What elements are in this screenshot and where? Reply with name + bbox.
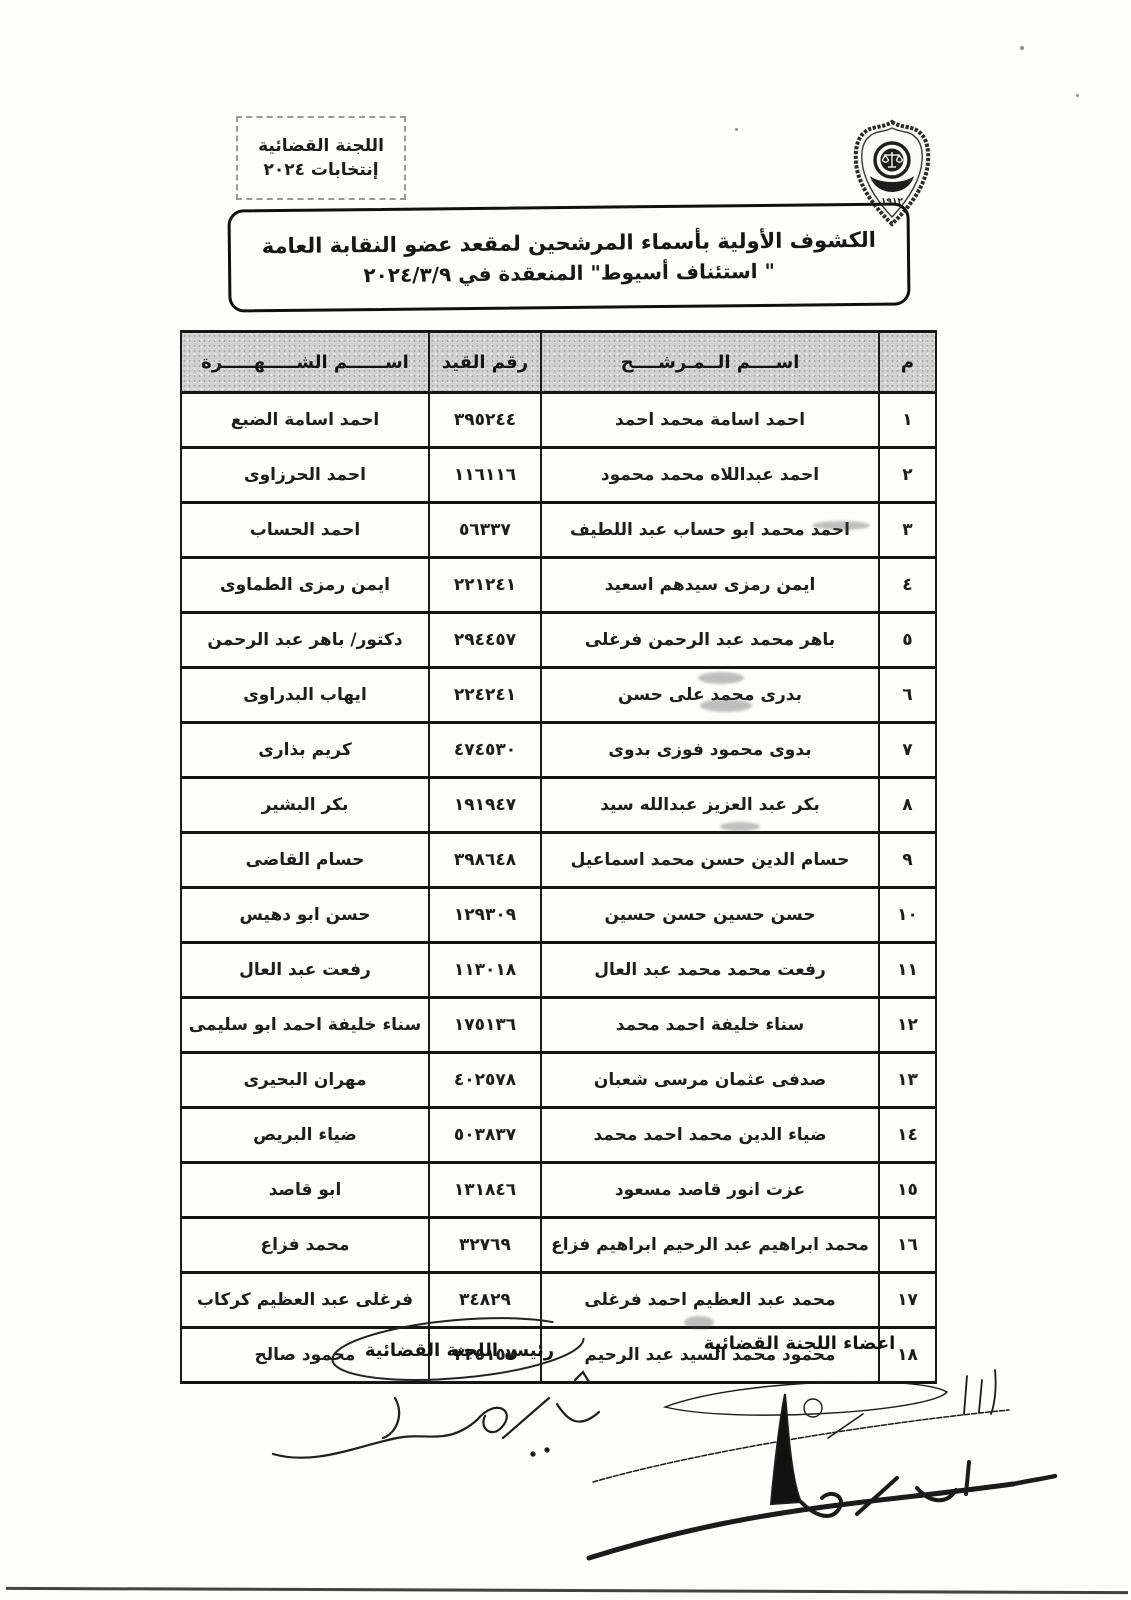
header-candidate-name: اســــم الــمـرشــــح [541, 332, 879, 393]
cell-registration-number: ٤٠٢٥٧٨ [429, 1053, 541, 1108]
cell-candidate-name: عزت انور قاصد مسعود [541, 1163, 879, 1218]
scanned-document-page: اللجنة القضائية إنتخابات ٢٠٢٤ ١٩١٢ [0, 0, 1131, 1600]
document-title-box: الكشوف الأولية بأسماء المرشحين لمقعد عضو… [227, 202, 910, 312]
table-row: ١١رفعت محمد محمد عبد العال١١٣٠١٨رفعت عبد… [181, 943, 936, 998]
committee-stamp-box: اللجنة القضائية إنتخابات ٢٠٢٤ [236, 116, 406, 200]
cell-index: ١٤ [879, 1108, 936, 1163]
cell-candidate-name: احمد اسامة محمد احمد [541, 393, 879, 448]
scan-speck [1076, 94, 1079, 97]
cell-registration-number: ١١٣٠١٨ [429, 943, 541, 998]
cell-registration-number: ١٧٥١٣٦ [429, 998, 541, 1053]
cell-registration-number: ٥٦٣٣٧ [429, 503, 541, 558]
cell-registration-number: ٣٩٥٢٤٤ [429, 393, 541, 448]
cell-index: ١١ [879, 943, 936, 998]
table-row: ١٤ضياء الدين محمد احمد محمد٥٠٣٨٣٧ضياء ال… [181, 1108, 936, 1163]
table-header-row: م اســــم الــمـرشــــح رقم القيد اســــ… [181, 332, 936, 393]
cell-candidate-name: احمد محمد ابو حساب عبد اللطيف [541, 503, 879, 558]
scan-smudge [720, 822, 760, 831]
scan-smudge [812, 521, 870, 530]
table-row: ١احمد اسامة محمد احمد٣٩٥٢٤٤احمد اسامة ال… [181, 393, 936, 448]
cell-index: ٧ [879, 723, 936, 778]
cell-registration-number: ٤٧٤٥٣٠ [429, 723, 541, 778]
cell-index: ١٦ [879, 1218, 936, 1273]
cell-index: ٦ [879, 668, 936, 723]
cell-alias-name: ابو قاصد [181, 1163, 429, 1218]
scan-smudge [700, 699, 752, 712]
cell-candidate-name: بكر عبد العزيز عبدالله سيد [541, 778, 879, 833]
document-subtitle: " استئناف أسيوط" المنعقدة في ٢٠٢٤/٣/٩ [363, 258, 775, 286]
cell-index: ١٢ [879, 998, 936, 1053]
cell-alias-name: ضياء البريص [181, 1108, 429, 1163]
cell-alias-name: ايهاب البدراوى [181, 668, 429, 723]
cell-alias-name: رفعت عبد العال [181, 943, 429, 998]
cell-registration-number: ١٣١٨٤٦ [429, 1163, 541, 1218]
cell-index: ١٥ [879, 1163, 936, 1218]
cell-index: ١٠ [879, 888, 936, 943]
cell-candidate-name: بدوى محمود فوزى بدوى [541, 723, 879, 778]
cell-registration-number: ٢٢١٢٤١ [429, 558, 541, 613]
cell-alias-name: محمد فزاع [181, 1218, 429, 1273]
cell-index: ٩ [879, 833, 936, 888]
cell-index: ٥ [879, 613, 936, 668]
cell-registration-number: ٢٢٤٢٤١ [429, 668, 541, 723]
cell-candidate-name: محمد ابراهيم عبد الرحيم ابراهيم فزاع [541, 1218, 879, 1273]
cell-index: ٨ [879, 778, 936, 833]
cell-alias-name: بكر البشير [181, 778, 429, 833]
cell-candidate-name: ضياء الدين محمد احمد محمد [541, 1108, 879, 1163]
head-signature [245, 1358, 615, 1483]
cell-candidate-name: حسام الدين حسن محمد اسماعيل [541, 833, 879, 888]
members-signatures [585, 1352, 1131, 1592]
cell-alias-name: احمد اسامة الضبع [181, 393, 429, 448]
scan-smudge [698, 672, 744, 684]
members-signature-label: اعضاء اللجنة القضائية [697, 1333, 902, 1354]
cell-index: ٣ [879, 503, 936, 558]
cell-alias-name: احمد الحساب [181, 503, 429, 558]
table-row: ١٣صدفى عثمان مرسى شعبان٤٠٢٥٧٨مهران البحي… [181, 1053, 936, 1108]
cell-candidate-name: سناء خليفة احمد محمد [541, 998, 879, 1053]
cell-candidate-name: احمد عبداللاه محمد محمود [541, 448, 879, 503]
table-row: ١٢سناء خليفة احمد محمد١٧٥١٣٦سناء خليفة ا… [181, 998, 936, 1053]
cell-index: ٤ [879, 558, 936, 613]
cell-index: ١ [879, 393, 936, 448]
cell-index: ١٧ [879, 1273, 936, 1328]
header-index: م [879, 332, 936, 393]
cell-alias-name: احمد الحرزاوى [181, 448, 429, 503]
table-row: ٨بكر عبد العزيز عبدالله سيد١٩١٩٤٧بكر الب… [181, 778, 936, 833]
table-row: ٤ايمن رمزى سيدهم اسعيد٢٢١٢٤١ايمن رمزى ال… [181, 558, 936, 613]
table-row: ٥باهر محمد عبد الرحمن فرغلى٢٩٤٤٥٧دكتور/ … [181, 613, 936, 668]
table-row: ٦بدرى محمد على حسن٢٢٤٢٤١ايهاب البدراوى [181, 668, 936, 723]
cell-candidate-name: حسن حسين حسن حسين [541, 888, 879, 943]
cell-alias-name: مهران البحيرى [181, 1053, 429, 1108]
cell-alias-name: حسام القاضى [181, 833, 429, 888]
cell-registration-number: ٢٩٤٤٥٧ [429, 613, 541, 668]
cell-alias-name: دكتور/ باهر عبد الرحمن [181, 613, 429, 668]
cell-candidate-name: رفعت محمد محمد عبد العال [541, 943, 879, 998]
document-title: الكشوف الأولية بأسماء المرشحين لمقعد عضو… [262, 227, 876, 257]
cell-alias-name: كريم بذارى [181, 723, 429, 778]
cell-alias-name: حسن ابو دهيس [181, 888, 429, 943]
cell-registration-number: ٣٩٨٦٤٨ [429, 833, 541, 888]
table-row: ٧بدوى محمود فوزى بدوى٤٧٤٥٣٠كريم بذارى [181, 723, 936, 778]
cell-candidate-name: صدفى عثمان مرسى شعبان [541, 1053, 879, 1108]
stamp-line-elections: إنتخابات ٢٠٢٤ [263, 160, 378, 180]
cell-registration-number: ١١٦١١٦ [429, 448, 541, 503]
cell-index: ٢ [879, 448, 936, 503]
table-row: ٢احمد عبداللاه محمد محمود١١٦١١٦احمد الحر… [181, 448, 936, 503]
table-row: ١٦محمد ابراهيم عبد الرحيم ابراهيم فزاع٣٢… [181, 1218, 936, 1273]
cell-alias-name: سناء خليفة احمد ابو سليمى [181, 998, 429, 1053]
header-registration-number: رقم القيد [429, 332, 541, 393]
scan-speck [1020, 46, 1024, 50]
cell-candidate-name: باهر محمد عبد الرحمن فرغلى [541, 613, 879, 668]
cell-index: ١٣ [879, 1053, 936, 1108]
scan-smudge [684, 1316, 714, 1329]
table-row: ٩حسام الدين حسن محمد اسماعيل٣٩٨٦٤٨حسام ا… [181, 833, 936, 888]
cell-registration-number: ٥٠٣٨٣٧ [429, 1108, 541, 1163]
candidates-table: م اســــم الــمـرشــــح رقم القيد اســــ… [180, 330, 937, 1384]
scan-speck [735, 128, 738, 131]
cell-registration-number: ٣٢٧٦٩ [429, 1218, 541, 1273]
table-row: ٣احمد محمد ابو حساب عبد اللطيف٥٦٣٣٧احمد … [181, 503, 936, 558]
cell-candidate-name: ايمن رمزى سيدهم اسعيد [541, 558, 879, 613]
cell-registration-number: ١٩١٩٤٧ [429, 778, 541, 833]
table-row: ١٥عزت انور قاصد مسعود١٣١٨٤٦ابو قاصد [181, 1163, 936, 1218]
header-alias-name: اســــــم الشـــــهـــــرة [181, 332, 429, 393]
table-row: ١٠حسن حسين حسن حسين١٢٩٣٠٩حسن ابو دهيس [181, 888, 936, 943]
cell-registration-number: ١٢٩٣٠٩ [429, 888, 541, 943]
stamp-line-committee: اللجنة القضائية [258, 136, 384, 156]
cell-alias-name: ايمن رمزى الطماوى [181, 558, 429, 613]
